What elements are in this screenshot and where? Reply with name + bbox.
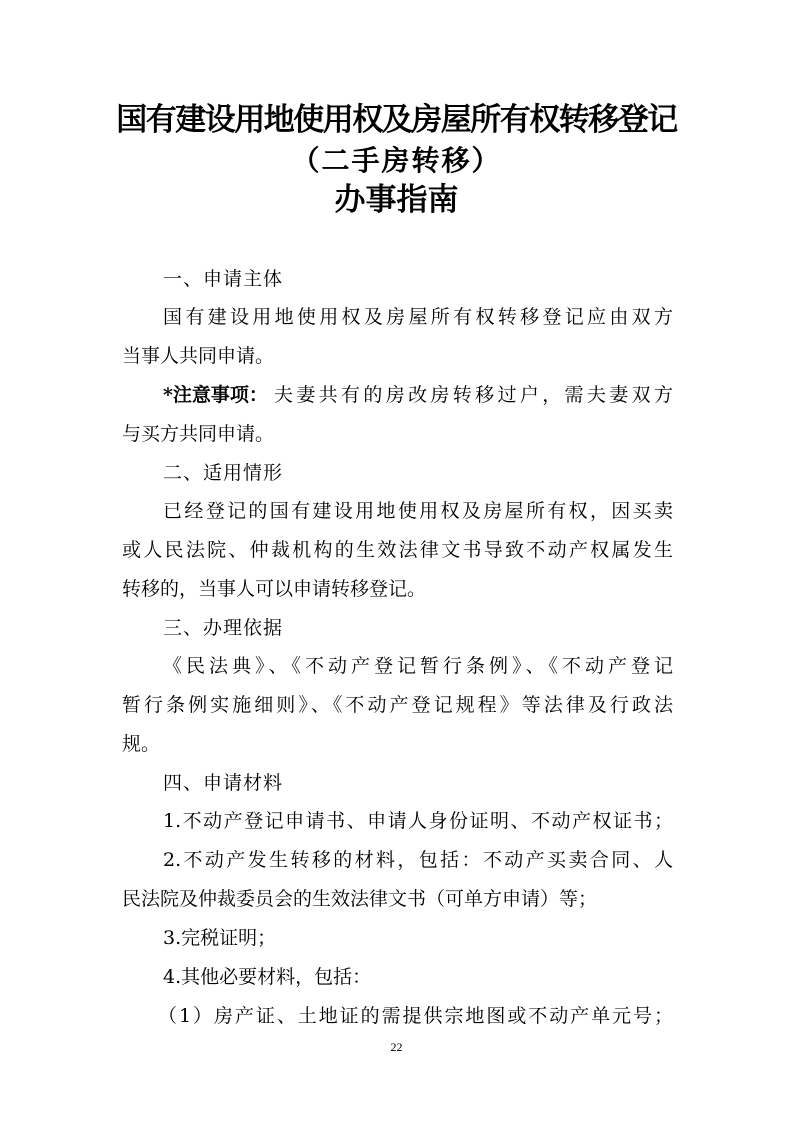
- material-subitem: （1）房产证、土地证的需提供宗地图或不动产单元号；: [158, 1003, 673, 1029]
- section-heading-scenarios: 二、适用情形: [163, 460, 673, 486]
- paragraph-line: 规。: [122, 731, 673, 757]
- paragraph-line: 当事人共同申请。: [122, 343, 673, 369]
- paragraph-line: 转移的，当事人可以申请转移登记。: [122, 576, 673, 602]
- material-item: 2.不动产发生转移的材料，包括：不动产买卖合同、人: [163, 847, 673, 873]
- section-heading-materials: 四、申请材料: [163, 770, 673, 796]
- note-line: *注意事项： 夫妻共有的房改房转移过户，需夫妻双方: [163, 382, 673, 408]
- paragraph-line: 暂行条例实施细则》、《不动产登记规程》等法律及行政法: [122, 692, 673, 718]
- paragraph-line: 或人民法院、仲裁机构的生效法律文书导致不动产权属发生: [122, 537, 673, 563]
- document-title-guide: 办事指南: [0, 180, 793, 220]
- document-page: 国有建设用地使用权及房屋所有权转移登记 （二手房转移） 办事指南 一、申请主体 …: [0, 0, 793, 1122]
- material-item: 4.其他必要材料，包括：: [163, 964, 673, 990]
- document-subtitle: （二手房转移）: [0, 141, 793, 181]
- material-item: 3.完税证明；: [163, 925, 673, 951]
- section-heading-applicant: 一、申请主体: [163, 266, 673, 292]
- material-item: 民法院及仲裁委员会的生效法律文书（可单方申请）等；: [122, 886, 673, 912]
- material-item: 1.不动产登记申请书、申请人身份证明、不动产权证书；: [163, 808, 673, 834]
- note-text: 夫妻共有的房改房转移过户，需夫妻双方: [274, 382, 673, 408]
- note-label: *注意事项：: [163, 382, 268, 408]
- paragraph-line: 国有建设用地使用权及房屋所有权转移登记应由双方: [163, 304, 673, 330]
- paragraph-line: 《民法典》、《不动产登记暂行条例》、《不动产登记: [163, 653, 673, 679]
- note-line: 与买方共同申请。: [122, 421, 673, 447]
- document-title: 国有建设用地使用权及房屋所有权转移登记: [0, 100, 793, 140]
- page-number: 22: [0, 1040, 793, 1055]
- section-heading-basis: 三、办理依据: [163, 615, 673, 641]
- paragraph-line: 已经登记的国有建设用地使用权及房屋所有权，因买卖: [163, 498, 673, 524]
